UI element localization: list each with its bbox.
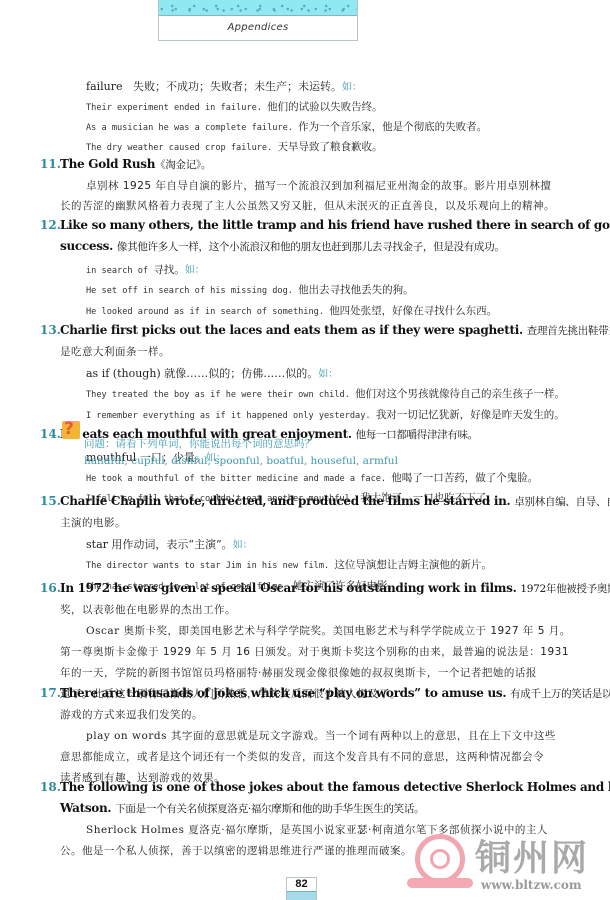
note-heading: The Gold Rush《淘金记》。 bbox=[60, 157, 211, 172]
running-header: Appendices bbox=[158, 0, 358, 41]
vocab-entry: in search of 寻找。如： bbox=[86, 261, 205, 277]
note-heading: In 1972 he was given a special Oscar for… bbox=[60, 581, 610, 596]
watermark: 铜州网 www.bltzw.com bbox=[415, 832, 605, 900]
note-heading-continued: 主演的电影。 bbox=[60, 515, 126, 530]
example-sentence: The dry weather caused crop failure. 天旱导… bbox=[86, 139, 382, 154]
note-heading: The following is one of those jokes abou… bbox=[60, 780, 610, 794]
note-number: 18. bbox=[40, 780, 61, 794]
example-marker: 如： bbox=[342, 82, 362, 93]
note-heading: Watson. 下面是一个有关名侦探夏洛克·福尔摩斯和他的助手华生医生的笑话。 bbox=[60, 801, 424, 816]
note-heading: There are thousands of jokes which use “… bbox=[60, 686, 610, 701]
note-heading-continued: 游戏的方式来逗我们发笑的。 bbox=[60, 707, 203, 722]
note-paragraph: Oscar 奥斯卡奖，即美国电影艺术与科学学院奖。美国电影艺术与科学学院成立于 … bbox=[86, 623, 571, 638]
example-sentence: They treated the boy as if he were their… bbox=[86, 386, 565, 401]
note-paragraph: 长的苦涩的幽默风格着力表现了主人公虽然又穷又脏，但从未泯灭的正直善良，以及乐观向… bbox=[60, 198, 555, 213]
note-paragraph: 卓别林 1925 年自导自演的影片，描写一个流浪汉到加利福尼亚州淘金的故事。影片… bbox=[86, 178, 551, 193]
note-number: 17. bbox=[40, 686, 61, 700]
question-word-list: handful, cupful, dishful, spoonful, boat… bbox=[84, 455, 398, 467]
header-decoration bbox=[159, 0, 357, 16]
note-paragraph: 第一尊奥斯卡金像于 1929 年 5 月 16 日颁发。对于奥斯卡奖这个别称的由… bbox=[60, 644, 569, 659]
question-prompt: 问题：请看下列单词，你能说出每个词的意思吗？ bbox=[84, 436, 315, 451]
note-paragraph: 公。他是一个私人侦探，善于以缜密的逻辑思维进行严谨的推理而破案。 bbox=[60, 843, 412, 858]
watermark-brand: 铜州网 bbox=[475, 830, 589, 881]
note-heading: Charlie first picks out the laces and ea… bbox=[60, 323, 610, 338]
note-number: 11. bbox=[40, 157, 61, 171]
example-sentence: He looked around as if in search of some… bbox=[86, 303, 497, 318]
vocab-entry: star 用作动词，表示“主演”。如： bbox=[86, 536, 253, 552]
section-title: Appendices bbox=[159, 16, 357, 40]
note-heading-continued: 是吃意大利面条一样。 bbox=[60, 344, 170, 359]
example-sentence: I remember everything as if it happened … bbox=[86, 407, 565, 422]
note-number: 15. bbox=[40, 494, 61, 508]
example-sentence: Their experiment ended in failure. 他们的试验… bbox=[86, 99, 383, 114]
example-sentence: He took a mouthful of the bitter medicin… bbox=[86, 470, 538, 485]
vocab-definition: 失败；不成功；失败者；未生产；未运转。 bbox=[133, 80, 342, 93]
vocab-entry: as if (though) 就像……似的；仿佛……似的。如： bbox=[86, 365, 338, 381]
note-paragraph: 意思都能成立，或者是这个词还有一个类似的发音，而这个发音具有不同的意思，这两种情… bbox=[60, 749, 544, 764]
seal-logo-icon bbox=[415, 834, 465, 884]
example-sentence: As a musician he was a complete failure.… bbox=[86, 119, 487, 134]
page-number-decoration bbox=[287, 891, 316, 900]
vocab-term: failure bbox=[86, 80, 123, 93]
note-paragraph: 年的一天，学院的新图书馆馆员玛格丽特·赫丽发现金像很像她的叔叔奥斯卡，一个记者把… bbox=[60, 665, 537, 680]
note-heading: Charlie Chaplin wrote, directed, and pro… bbox=[60, 494, 610, 509]
note-heading-continued: 奖，以表彰他在电影界的杰出工作。 bbox=[60, 602, 236, 617]
vocab-entry: failure 失败；不成功；失败者；未生产；未运转。如： bbox=[86, 78, 362, 94]
page-number: 82 bbox=[287, 878, 316, 891]
note-paragraph: play on words 其字面的意思就是玩文字游戏。当一个词有两种以上的意思… bbox=[86, 728, 556, 743]
note-heading: Like so many others, the little tramp an… bbox=[60, 218, 610, 232]
watermark-url: www.bltzw.com bbox=[481, 878, 582, 892]
page-number-box: 82 bbox=[286, 877, 317, 900]
note-heading: success. 像其他许多人一样，这个小流浪汉和他的朋友也赶到那儿去寻找金子，… bbox=[60, 239, 505, 254]
note-number: 13. bbox=[40, 323, 61, 337]
example-sentence: He set off in search of his missing dog.… bbox=[86, 282, 414, 297]
note-number: 12. bbox=[40, 218, 61, 232]
note-number: 14. bbox=[40, 427, 61, 441]
example-sentence: The director wants to star Jim in his ne… bbox=[86, 557, 492, 572]
question-mark-icon: ? bbox=[62, 421, 80, 439]
ribbon-decoration bbox=[407, 878, 473, 888]
note-number: 16. bbox=[40, 581, 61, 595]
